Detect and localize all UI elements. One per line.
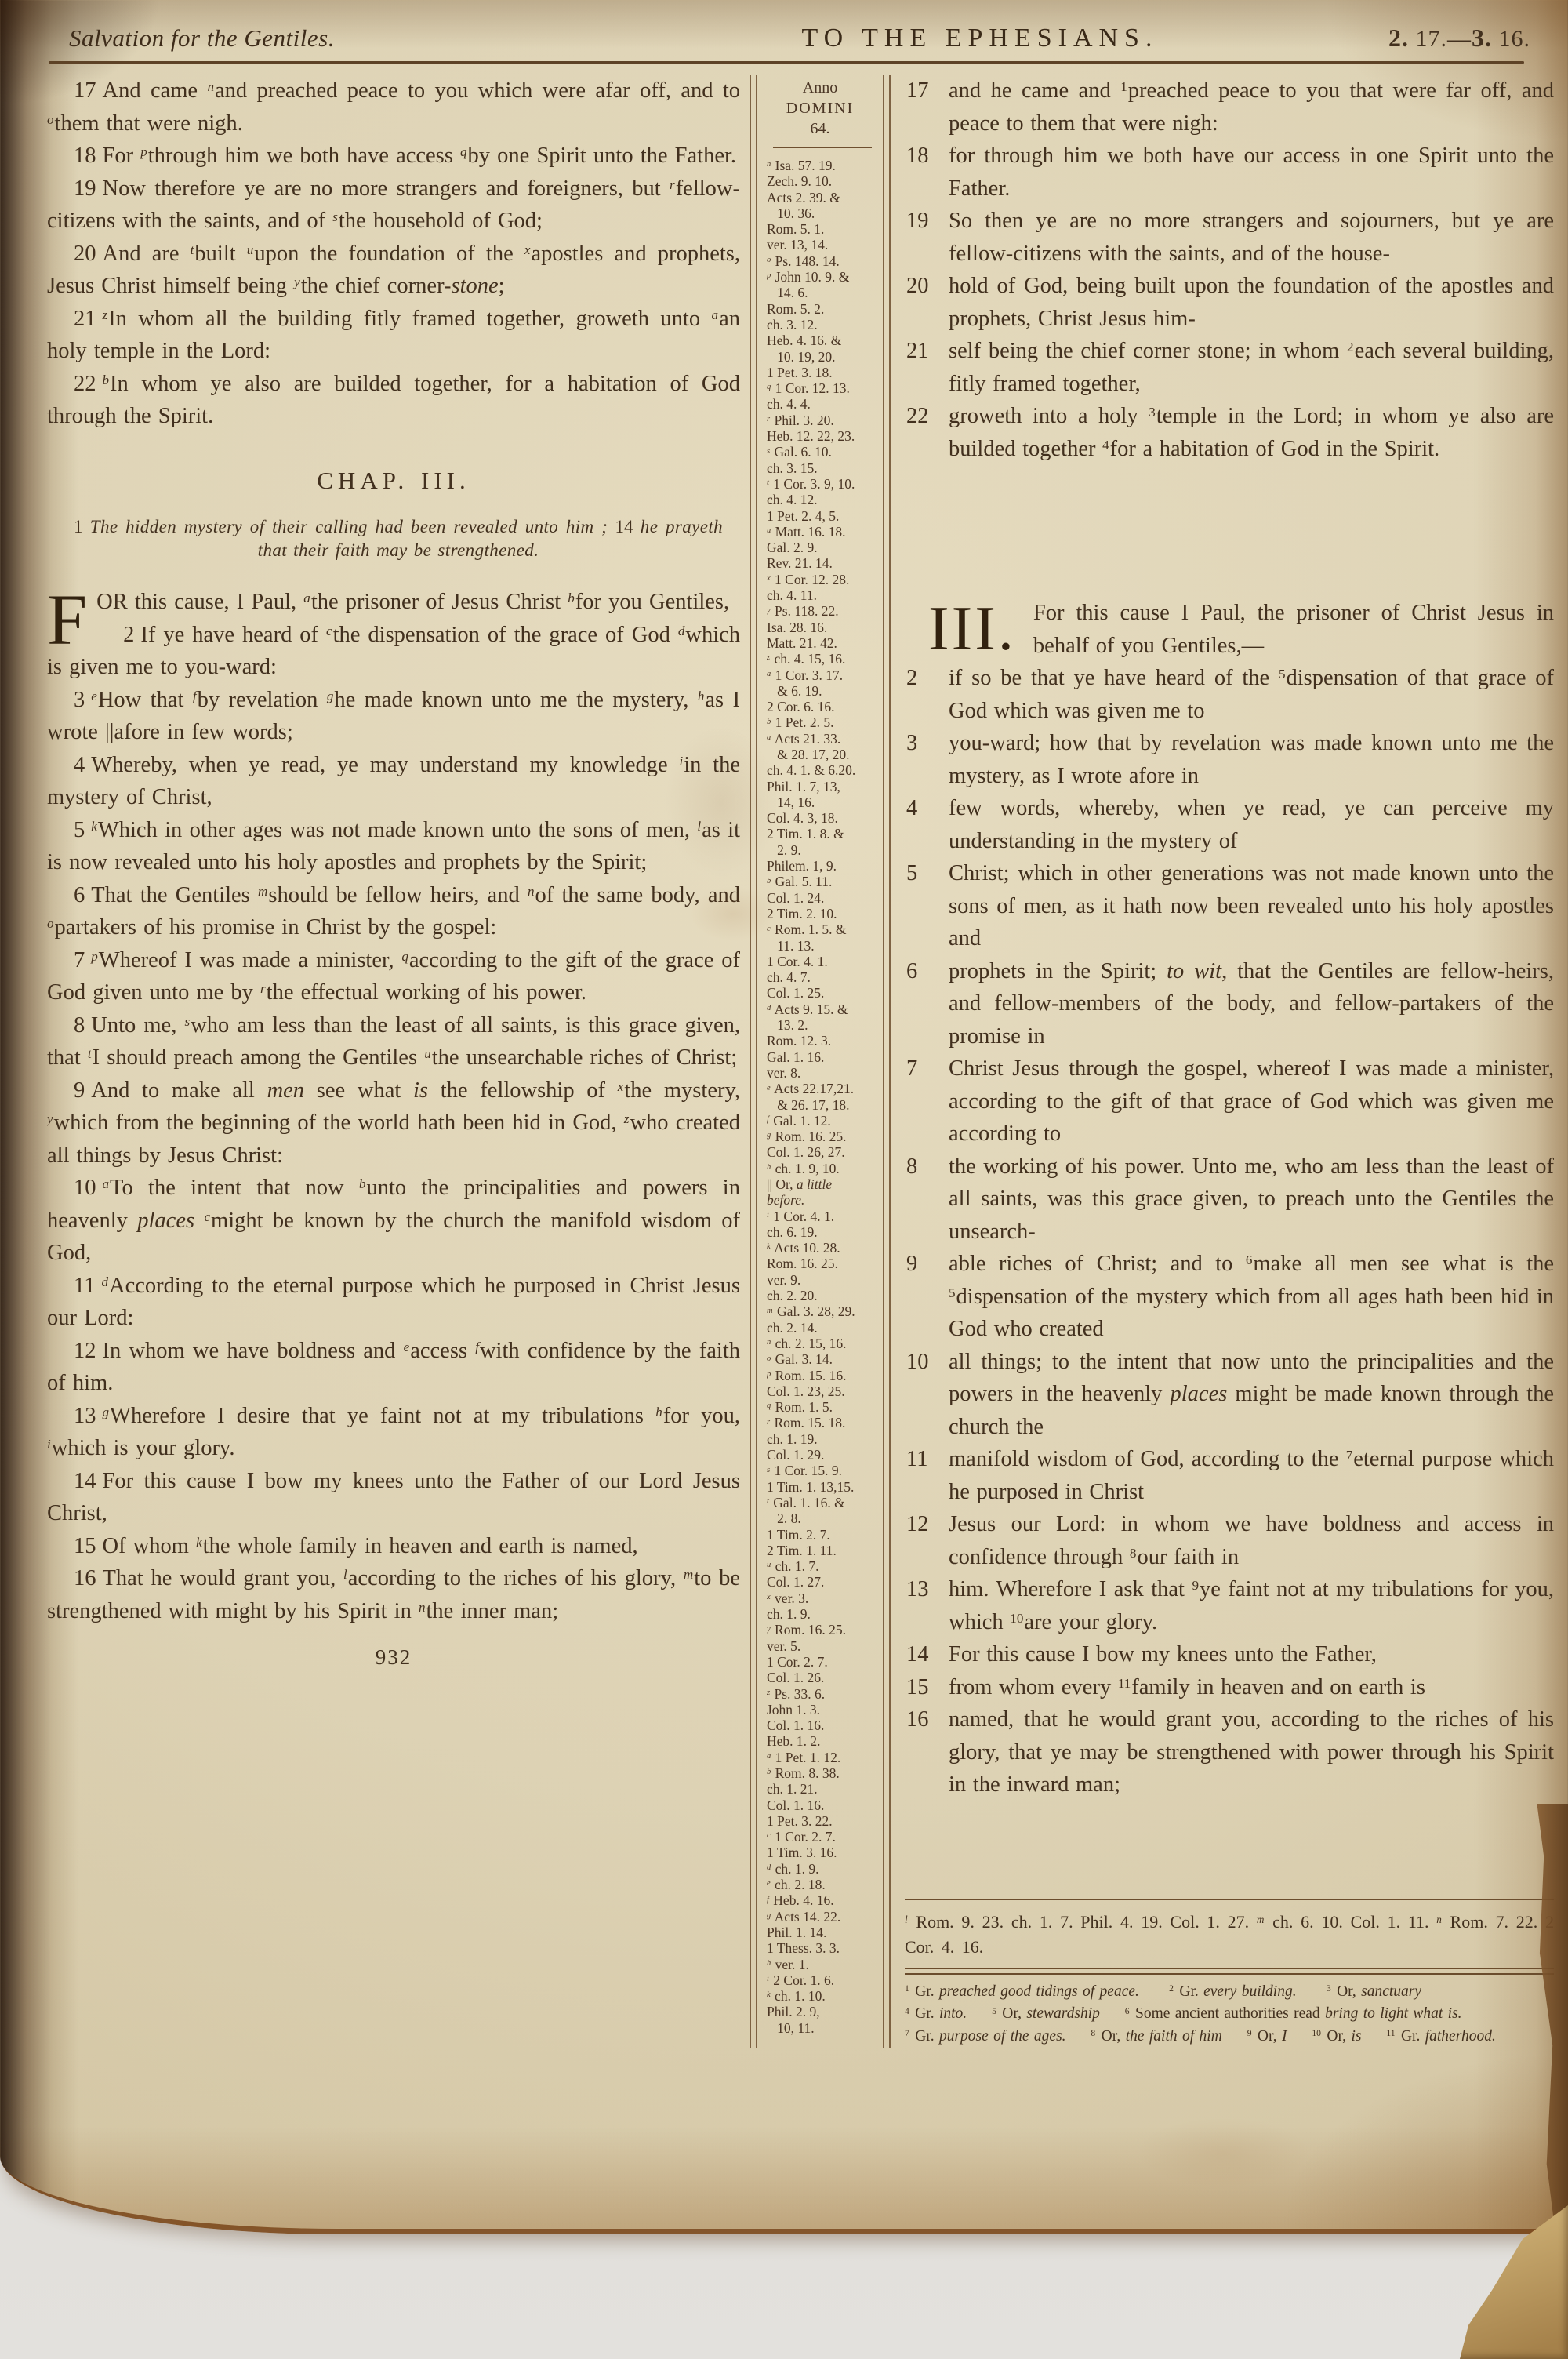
reference-entry: n Isa. 57. 19. [767,158,873,173]
verse-text: from whom every 11family in heaven and o… [949,1675,1425,1699]
rv-chapter2-verses: 17and he came and 1preached peace to you… [905,75,1554,465]
anno-line: Anno [767,78,873,98]
verse-number: 22 [74,372,96,396]
reference-entry: ver. 13, 14. [767,237,873,253]
reference-entry: 10. 19, 20. [767,349,873,365]
reference-entry: g Rom. 16. 25. [767,1129,873,1144]
page-header: Salvation for the Gentiles. TO THE EPHES… [0,24,1568,53]
verse: 19Now therefore ye are no more strangers… [47,173,740,238]
verse-text: few words, whereby, when ye read, ye can… [949,796,1554,853]
verse: 6That the Gentiles mshould be fellow hei… [47,879,740,944]
reference-entry: t Gal. 1. 16. & [767,1495,873,1510]
reference-entry: f Heb. 4. 16. [767,1892,873,1908]
reference-entry: ch. 6. 19. [767,1224,873,1240]
reference-entry: m Gal. 3. 28, 29. [767,1303,873,1319]
verse-text: For pthrough him we both have access qby… [103,144,737,168]
paper-stain [1137,2117,1309,2188]
footnote-references: l Rom. 9. 23. ch. 1. 7. Phil. 4. 19. Col… [905,1910,1554,1960]
reference-entry: e ch. 2. 18. [767,1877,873,1892]
verse-number: 11 [74,1274,95,1298]
reference-entry: c Rom. 1. 5. & [767,921,873,937]
reference-entry: g Acts 14. 22. [767,1909,873,1925]
reference-entry: 2 Cor. 6. 16. [767,699,873,714]
verse: 10all things; to the intent that now unt… [905,1346,1554,1444]
verse-text: if so be that ye have heard of the 5disp… [949,666,1554,723]
verse: 20And are tbuilt uupon the foundation of… [47,238,740,303]
verse-text: aTo the intent that now bunto the princi… [47,1176,740,1265]
verse-text: pWhereof I was made a minister, qaccordi… [47,948,740,1005]
reference-entry: ch. 4. 7. [767,969,873,985]
verse-text: In whom we have boldness and eaccess fwi… [47,1339,740,1396]
reference-entry: 1 Tim. 2. 7. [767,1527,873,1543]
verse-text: For this cause I Paul, the prisoner of C… [1033,601,1554,658]
verse-text: Of whom kthe whole family in heaven and … [103,1534,638,1558]
reference-entry: b 1 Pet. 2. 5. [767,714,873,730]
reference-entry: ch. 4. 4. [767,396,873,412]
verse-text: the working of his power. Unto me, who a… [949,1154,1554,1244]
verse: 8Unto me, swho am less than the least of… [47,1009,740,1074]
verse-number: 7 [906,1052,917,1085]
verse: 2If ye have heard of cthe dispensation o… [47,619,740,684]
verse-text: OR this cause, I Paul, athe prisoner of … [96,590,729,614]
reference-entry: r Rom. 15. 18. [767,1415,873,1430]
verse-number: 8 [906,1150,917,1183]
verse: 18for through him we both have our acces… [905,140,1554,205]
reference-entry: u Matt. 16. 18. [767,524,873,540]
verse-number: 16 [74,1566,96,1590]
reference-entry: ch. 3. 15. [767,460,873,476]
reference-entry: 1 Tim. 1. 13,15. [767,1479,873,1495]
translator-note-line: 7 Gr. purpose of the ages. 8 Or, the fai… [905,2026,1554,2048]
reference-entry: 1 Pet. 2. 4, 5. [767,508,873,524]
verse-text: That he would grant you, laccording to t… [47,1566,740,1623]
verse-text: and he came and 1preached peace to you t… [949,78,1554,136]
reference-entry: before. [767,1192,873,1208]
reference-entry: d ch. 1. 9. [767,1861,873,1877]
verse-number: 15 [906,1671,929,1704]
verse-number: 18 [74,144,96,168]
chapter-heading: CHAP. III. [47,464,740,497]
verse-number: 4 [74,753,85,777]
reference-entry: c 1 Cor. 2. 7. [767,1829,873,1845]
verse-number: 3 [74,688,85,712]
reference-entry: ch. 3. 12. [767,317,873,333]
reference-entry: Col. 1. 26. [767,1670,873,1685]
reference-entry: & 28. 17, 20. [767,747,873,762]
verse-number: 22 [906,400,929,433]
verse-number: 14 [74,1469,96,1493]
verse-number: 19 [74,176,96,201]
reference-entry: 11. 13. [767,938,873,954]
verse: 5kWhich in other ages was not made known… [47,814,740,879]
reference-entry: a 1 Cor. 3. 17. [767,667,873,683]
verse: 9And to make all men see what is the fel… [47,1074,740,1172]
verse: 3you-ward; how that by revelation was ma… [905,727,1554,792]
reference-entry: e Acts 22.17,21. [767,1081,873,1096]
reference-entry: d Acts 9. 15. & [767,1001,873,1017]
reference-entry: 1 Pet. 3. 18. [767,365,873,380]
verse: 3eHow that fby revelation ghe made known… [47,684,740,749]
verse-text: manifold wisdom of God, according to the… [949,1447,1554,1504]
reference-entry: Phil. 1. 7, 13, [767,779,873,794]
reference-entry: Col. 1. 25. [767,985,873,1001]
three-column-layout: 17And came nand preached peace to you wh… [0,64,1568,2048]
reference-list: n Isa. 57. 19. Zech. 9. 10. Acts 2. 39. … [767,158,873,2036]
verse-text: eHow that fby revelation ghe made known … [47,688,740,745]
verse-number: 19 [906,205,929,238]
reference-entry: Col. 1. 27. [767,1574,873,1590]
verse: 18For pthrough him we both have access q… [47,140,740,173]
reference-entry: k ch. 1. 10. [767,1988,873,2004]
rv-column: 17and he came and 1preached peace to you… [900,75,1554,2048]
verse-text: kWhich in other ages was not made known … [47,818,740,875]
verse-number: 8 [74,1013,85,1038]
verse-text: zIn whom all the building fitly framed t… [47,307,740,364]
reference-entry: Rom. 5. 1. [767,221,873,237]
reference-entry: Heb. 1. 2. [767,1733,873,1749]
verse-text: dAccording to the eternal purpose which … [47,1274,740,1331]
verse-text: groweth into a holy 3temple in the Lord;… [949,404,1554,461]
verse-number: 6 [74,883,85,907]
verse-text: prophets in the Spirit; to wit, that the… [949,959,1554,1049]
verse: 5Christ; which in other generations was … [905,857,1554,955]
verse: 13him. Wherefore I ask that 9ye faint no… [905,1573,1554,1638]
reference-entry: 1 Cor. 2. 7. [767,1654,873,1670]
reference-entry: Acts 2. 39. & [767,190,873,205]
footnote-double-rule [905,1968,1554,1975]
reference-entry: o Ps. 148. 14. [767,253,873,269]
column-divider-right [883,75,891,2048]
verse-text: If ye have heard of cthe dispensation of… [47,623,740,680]
page-number: 932 [47,1641,740,1674]
reference-entry: b Gal. 5. 11. [767,874,873,889]
verse-number: 10 [906,1346,929,1379]
rv-chapter3-opening: III.For this cause I Paul, the prisoner … [905,597,1554,662]
verse: 22groweth into a holy 3temple in the Lor… [905,400,1554,465]
reference-entry: Col. 1. 26, 27. [767,1144,873,1160]
verse-text: Now therefore ye are no more strangers a… [47,176,740,234]
verse-number: 13 [74,1404,96,1428]
reference-entry: i 1 Cor. 4. 1. [767,1209,873,1224]
verse-number: 5 [906,857,917,890]
reference-entry: Gal. 1. 16. [767,1049,873,1065]
paper-stain [690,886,776,941]
verse-number: 9 [906,1248,917,1281]
verse: 16That he would grant you, laccording to… [47,1562,740,1627]
verse-text: all things; to the intent that now unto … [949,1350,1554,1439]
verse: 8the working of his power. Unto me, who … [905,1150,1554,1249]
reference-entry: ch. 2. 20. [767,1288,873,1303]
verse-text: him. Wherefore I ask that 9ye faint not … [949,1577,1554,1634]
page-content: Salvation for the Gentiles. TO THE EPHES… [0,0,1568,2048]
verse-1: FOR this cause, I Paul, athe prisoner of… [47,586,740,619]
verse-text: And are tbuilt uupon the foundation of t… [47,242,740,299]
verse: 2if so be that ye have heard of the 5dis… [905,662,1554,727]
verse-text: self being the chief corner stone; in wh… [949,339,1554,396]
reference-entry: Heb. 4. 16. & [767,333,873,348]
drop-cap: F [47,586,96,647]
reference-entry: Col. 1. 23, 25. [767,1383,873,1399]
reference-entry: Col. 1. 29. [767,1447,873,1463]
reference-entry: y Rom. 16. 25. [767,1622,873,1637]
verse-number: 4 [906,792,917,825]
reference-entry: 2 Tim. 1. 8. & [767,826,873,841]
reference-entry: 13. 2. [767,1017,873,1033]
verse: 15from whom every 11family in heaven and… [905,1671,1554,1704]
verse-text: For this cause I bow my knees unto the F… [949,1642,1377,1667]
verse-text: And to make all men see what is the fell… [47,1078,740,1168]
reference-entry: 2. 8. [767,1510,873,1526]
reference-entry: 10, 11. [767,2020,873,2036]
reference-entry: 2 Tim. 1. 11. [767,1543,873,1558]
reference-entry: Phil. 2. 9, [767,2004,873,2019]
verse-text: able riches of Christ; and to 6make all … [949,1252,1554,1341]
reference-entry: Gal. 2. 9. [767,540,873,555]
translator-notes: 1 Gr. preached good tidings of peace. 2 … [905,1981,1554,2048]
anno-line: 64. [767,118,873,139]
footnote-block: l Rom. 9. 23. ch. 1. 7. Phil. 4. 19. Col… [905,1899,1554,2048]
reference-entry: a 1 Pet. 1. 12. [767,1750,873,1765]
reference-entry: 2 Tim. 2. 10. [767,906,873,921]
reference-entry: 10. 36. [767,205,873,221]
verse-text: Jesus our Lord: in whom we have boldness… [949,1512,1554,1569]
rv-verses: 17and he came and 1preached peace to you… [905,75,1554,1891]
reference-entry: Rom. 5. 2. [767,301,873,317]
reference-entry: t 1 Cor. 3. 9, 10. [767,476,873,492]
reference-entry: Zech. 9. 10. [767,173,873,189]
chapter-numeral: III. [905,597,1033,653]
reference-entry: Rev. 21. 14. [767,555,873,571]
reference-entry: h ver. 1. [767,1957,873,1972]
chapter-verse-range: 2. 17.—3. 16. [1295,24,1530,53]
reference-entry: Col. 4. 3, 18. [767,810,873,826]
reference-entry: q Rom. 1. 5. [767,1399,873,1415]
reference-entry: Phil. 1. 14. [767,1925,873,1940]
verse: 17And came nand preached peace to you wh… [47,75,740,140]
reference-entry: Rom. 16. 25. [767,1256,873,1271]
verse-text: So then ye are no more strangers and soj… [949,209,1554,266]
verse: 6prophets in the Spirit; to wit, that th… [905,955,1554,1053]
verse-text: for through him we both have our access … [949,144,1554,201]
reference-entry: 1 Tim. 3. 16. [767,1845,873,1860]
reference-entry: ch. 1. 9. [767,1606,873,1622]
anno-domini-block: Anno DOMINI 64. [767,78,873,139]
verse-number: 5 [74,818,85,842]
rv-chapter3-verses: 2if so be that ye have heard of the 5dis… [905,662,1554,1801]
reference-entry: n ch. 2. 15, 16. [767,1336,873,1351]
verse: 13gWherefore I desire that ye faint not … [47,1400,740,1465]
verse-text: And came nand preached peace to you whic… [47,78,740,136]
verse-number: 20 [74,242,96,266]
verse: 14For this cause I bow my knees unto the… [47,1465,740,1530]
reference-entry: || Or, a little [767,1176,873,1192]
book-title: TO THE EPHESIANS. [665,24,1295,53]
verse-number: 3 [906,727,917,760]
verse-number: 21 [74,307,96,331]
kjv-chapter2-verses: 17And came nand preached peace to you wh… [47,75,740,433]
reference-entry: y Ps. 118. 22. [767,603,873,619]
verse-number: 7 [74,948,85,972]
reference-entry: ver. 8. [767,1065,873,1081]
reference-entry: Col. 1. 24. [767,890,873,906]
reference-entry: q 1 Cor. 12. 13. [767,380,873,396]
kjv-chapter3-verses: 2If ye have heard of cthe dispensation o… [47,619,740,1628]
footnote-rule [905,1899,1554,1900]
reference-entry: ver. 9. [767,1272,873,1288]
reference-entry: & 6. 19. [767,683,873,699]
reference-entry: John 1. 3. [767,1702,873,1717]
verse-number: 14 [906,1638,929,1671]
translator-note-line: 4 Gr. into. 5 Or, stewardship 6 Some anc… [905,2003,1554,2026]
reference-entry: p Rom. 15. 16. [767,1368,873,1383]
verse-text: hold of God, being built upon the founda… [949,274,1554,331]
verse: 14For this cause I bow my knees unto the… [905,1638,1554,1671]
anno-rule [773,147,872,148]
verse-number: 15 [74,1534,96,1558]
verse-text: named, that he would grant you, accordin… [949,1707,1554,1797]
verse-text: That the Gentiles mshould be fellow heir… [47,883,740,940]
verse-text: bIn whom ye also are builded together, f… [47,372,740,429]
verse-number: 11 [906,1443,927,1476]
verse: 15Of whom kthe whole family in heaven an… [47,1530,740,1563]
reference-entry: 1 Pet. 3. 22. [767,1813,873,1829]
reference-entry: o Gal. 3. 14. [767,1351,873,1367]
reference-entry: ch. 4. 1. & 6.20. [767,762,873,778]
verse: 21zIn whom all the building fitly framed… [47,303,740,368]
reference-entry: x 1 Cor. 12. 28. [767,572,873,587]
verse-text: you-ward; how that by revelation was mad… [949,731,1554,788]
verse-number: 10 [74,1176,96,1200]
verse-number: 2 [123,623,134,647]
verse: 4Whereby, when ye read, ye may understan… [47,749,740,814]
reference-entry: Col. 1. 16. [767,1797,873,1813]
verse: 20hold of God, being built upon the foun… [905,270,1554,335]
reference-entry: 1 Cor. 4. 1. [767,954,873,969]
reference-entry: s Gal. 6. 10. [767,444,873,460]
verse-text: Unto me, swho am less than the least of … [47,1013,740,1070]
reference-entry: ver. 5. [767,1638,873,1654]
verse: 7pWhereof I was made a minister, qaccord… [47,944,740,1009]
verse-text: Christ Jesus through the gospel, whereof… [949,1056,1554,1146]
reference-entry: z ch. 4. 15, 16. [767,651,873,667]
running-title: Salvation for the Gentiles. [69,24,665,53]
reference-entry: ch. 1. 21. [767,1781,873,1797]
verse-number: 17 [906,75,929,107]
anno-line: DOMINI [767,98,873,118]
verse: 11manifold wisdom of God, according to t… [905,1443,1554,1508]
reference-entry: Rom. 12. 3. [767,1033,873,1049]
reference-entry: p John 10. 9. & [767,269,873,285]
verse: 21self being the chief corner stone; in … [905,335,1554,400]
reference-entry: f Gal. 1. 12. [767,1113,873,1129]
reference-entry: s 1 Cor. 15. 9. [767,1463,873,1478]
verse: 22bIn whom ye also are builded together,… [47,368,740,433]
chapter-summary: 1 The hidden mystery of their calling ha… [74,515,723,562]
scanned-bible-page: Salvation for the Gentiles. TO THE EPHES… [0,0,1568,2234]
translator-note-line: 1 Gr. preached good tidings of peace. 2 … [905,1981,1554,2004]
verse-number: 21 [906,335,929,368]
verse: 17and he came and 1preached peace to you… [905,75,1554,140]
reference-entry: x ver. 3. [767,1590,873,1606]
reference-entry: b Rom. 8. 38. [767,1765,873,1781]
reference-entry: 1 Thess. 3. 3. [767,1940,873,1956]
verse: 11dAccording to the eternal purpose whic… [47,1270,740,1335]
reference-entry: ch. 2. 14. [767,1320,873,1336]
verse-number: 2 [906,662,917,695]
reference-entry: ch. 4. 11. [767,587,873,603]
reference-entry: i 2 Cor. 1. 6. [767,1972,873,1988]
reference-entry: 14, 16. [767,794,873,810]
verse-text: Christ; which in other generations was n… [949,861,1554,951]
reference-entry: a Acts 21. 33. [767,731,873,747]
reference-entry: r Phil. 3. 20. [767,413,873,428]
verse-number: 16 [906,1703,929,1736]
verse-number: 12 [906,1508,929,1541]
reference-entry: Heb. 12. 22, 23. [767,428,873,444]
verse-number: 6 [906,955,917,988]
reference-entry: Isa. 28. 16. [767,620,873,635]
verse-number: 9 [74,1078,85,1103]
reference-entry: Philem. 1, 9. [767,858,873,874]
reference-entry: Matt. 21. 42. [767,635,873,651]
kjv-column: 17And came nand preached peace to you wh… [47,75,740,2048]
verse-text: Whereby, when ye read, ye may understand… [47,753,740,810]
verse: 9able riches of Christ; and to 6make all… [905,1248,1554,1346]
verse: 19So then ye are no more strangers and s… [905,205,1554,270]
verse: 4few words, whereby, when ye read, ye ca… [905,792,1554,857]
verse: 10aTo the intent that now bunto the prin… [47,1172,740,1270]
verse-number: 12 [74,1339,96,1363]
verse: 12In whom we have boldness and eaccess f… [47,1335,740,1400]
verse-text: For this cause I bow my knees unto the F… [47,1469,740,1526]
verse-text: gWherefore I desire that ye faint not at… [47,1404,740,1461]
reference-entry: Col. 1. 16. [767,1717,873,1733]
reference-entry: z Ps. 33. 6. [767,1686,873,1702]
reference-entry: h ch. 1. 9, 10. [767,1161,873,1176]
reference-entry: ch. 1. 19. [767,1431,873,1447]
reference-entry: 14. 6. [767,285,873,300]
reference-entry: u ch. 1. 7. [767,1558,873,1574]
verse-number: 20 [906,270,929,303]
column-divider-left [750,75,757,2048]
reference-entry: k Acts 10. 28. [767,1240,873,1256]
verse-number: 18 [906,140,929,173]
reference-entry: ch. 4. 12. [767,492,873,507]
verse-number: 17 [74,78,96,103]
verse-number: 13 [906,1573,929,1606]
reference-entry: & 26. 17, 18. [767,1097,873,1113]
verse: 7Christ Jesus through the gospel, whereo… [905,1052,1554,1150]
cross-reference-column: Anno DOMINI 64. n Isa. 57. 19. Zech. 9. … [767,75,873,2048]
verse: 12Jesus our Lord: in whom we have boldne… [905,1508,1554,1573]
verse: 16named, that he would grant you, accord… [905,1703,1554,1801]
reference-entry: 2. 9. [767,842,873,858]
